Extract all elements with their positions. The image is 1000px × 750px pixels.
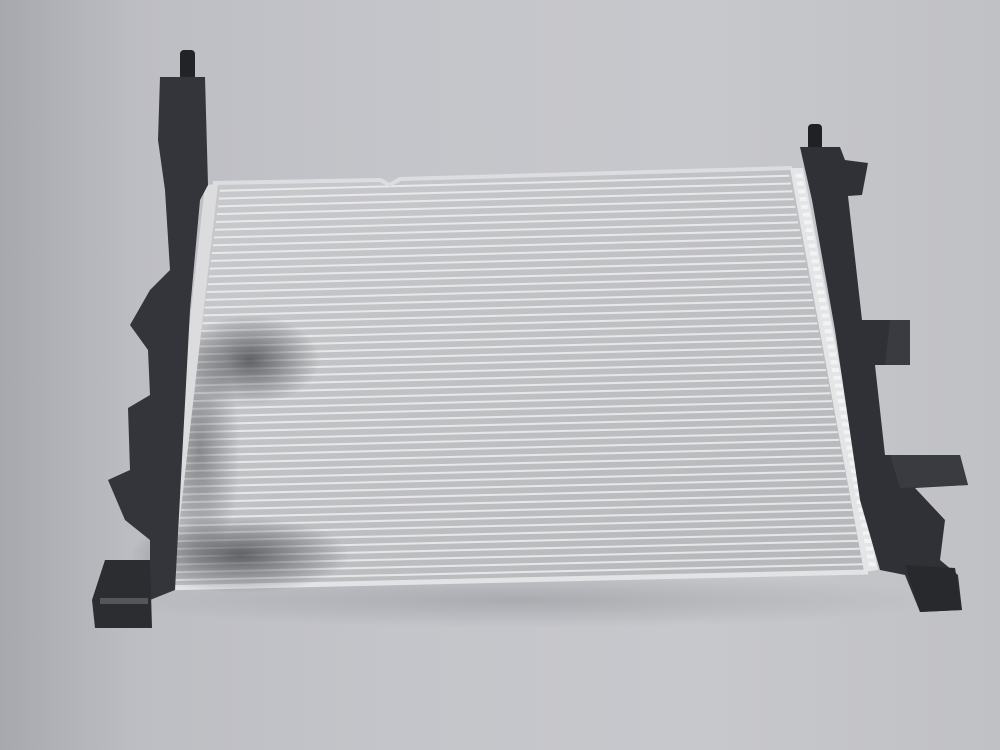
top-left-mounting-pin [180,50,195,80]
lower-right-mounting-bracket [890,455,968,488]
aluminum-core [130,168,868,593]
photo-scene [0,0,1000,750]
radiator-photo [0,0,1000,750]
top-right-mounting-pin [808,124,822,150]
lower-left-mounting-foot [92,560,152,628]
